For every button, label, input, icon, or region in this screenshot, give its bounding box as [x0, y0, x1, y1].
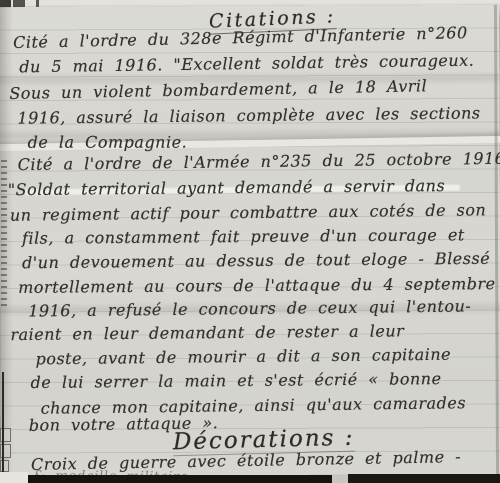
handwritten-line: poste, avant de mourir a dit a son capit…: [35, 345, 451, 370]
handwritten-line: raient en leur demandant de rester a leu…: [10, 321, 404, 345]
handwritten-line: 1916, a refusé le concours de ceux qui l…: [28, 296, 471, 321]
handwritten-line: d'un devouement au dessus de tout eloge …: [22, 249, 490, 273]
handwritten-line: Cité a l'ordre de l'Armée n°235 du 25 oc…: [18, 149, 500, 175]
sheet-gap-shadow: [348, 474, 500, 483]
handwritten-line: "Soldat territorial ayant demandé a serv…: [8, 176, 446, 200]
handwritten-line: fils, a constamment fait preuve d'un cou…: [22, 225, 465, 248]
sheet-gap-shadow: [28, 475, 332, 483]
document-scan: Citations : Cité a l'ordre du 328e Régim…: [0, 0, 500, 483]
under-sheet-fragment: [0, 472, 28, 483]
sheet-gap-highlight: [332, 475, 348, 483]
handwritten-line: Cité a l'ordre du 328e Régimt d'Infanter…: [13, 23, 468, 53]
handwritten-line: 1916, assuré la liaison complète avec le…: [17, 103, 480, 128]
margin-printed-text-artifact: [1, 160, 7, 310]
handwritten-line: un regiment actif pour combattre aux cot…: [10, 200, 487, 225]
handwritten-sheet: Citations : Cité a l'ordre du 328e Régim…: [0, 5, 500, 477]
handwritten-line: mortellement au cours de l'attaque du 4 …: [18, 274, 496, 298]
handwritten-line: de la Compagnie.: [28, 133, 188, 153]
margin-vertical-line: [2, 372, 4, 483]
handwritten-line: de lui serrer la main et s'est écrié « b…: [31, 369, 442, 393]
